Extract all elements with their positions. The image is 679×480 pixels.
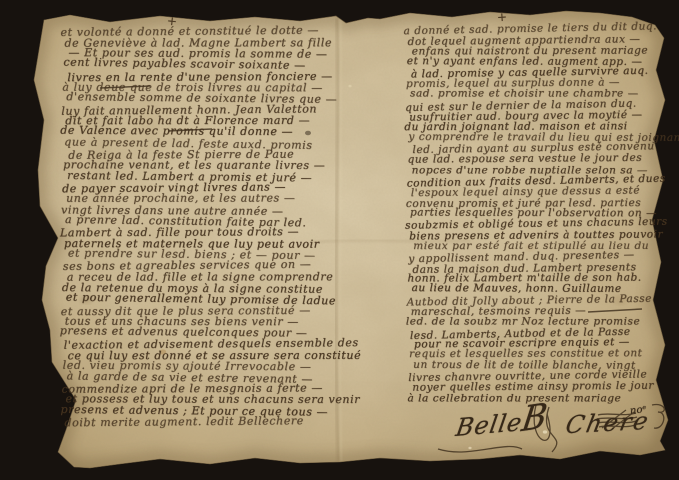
left-page-text: et volonté a donné et constitué le dotte… <box>59 26 352 428</box>
paper-flaw <box>468 447 471 449</box>
manuscript-scan: + + et volonté a donné et constitué le d… <box>0 0 679 480</box>
manuscript-line: noyer quelles estime ainsy promis le jou… <box>412 380 679 393</box>
right-page-text: a donné et sad. promise le tiers du dit … <box>404 23 675 405</box>
registration-cross-mark: + <box>497 10 508 25</box>
manuscript-line: doibt merite augment. ledit Bellechere <box>64 415 356 429</box>
notary-abbreviation: noᵉ <box>629 404 646 417</box>
manuscript-line: une année prochaine, et les autres — <box>66 193 358 205</box>
